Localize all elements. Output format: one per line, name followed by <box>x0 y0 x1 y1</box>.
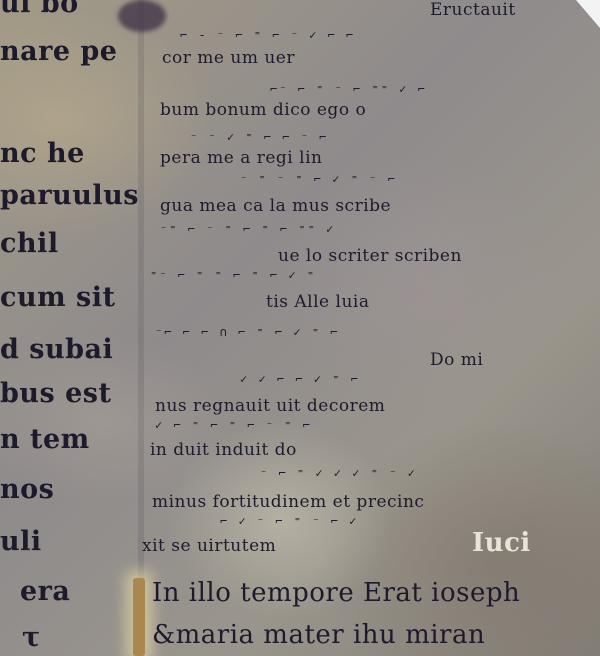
text-line: In illo tempore Erat ioseph <box>152 578 520 608</box>
neume-row: ⁻ ⁼ ⁻ ⁼ ⌐ ✓ ⁼ ⁻ ⌐ <box>240 172 397 186</box>
neume-row: ⁻ ⌐ ⁼ ✓ ✓ ✓ ⁼ ⁻ ✓ <box>260 466 417 480</box>
left-line: d subai <box>0 334 113 365</box>
neume-row: ⌐ ✓ ⁻ ⌐ ⁼ ⁻ ⌐ ✓ <box>220 514 358 528</box>
neume-row: ⁻ ⁻ ✓ ⁼ ⌐ ⌐ ⁻ ⌐ <box>190 130 328 144</box>
left-line: nc he <box>0 138 85 169</box>
left-line: uli <box>0 526 42 557</box>
text-line: pera me a regi lin <box>160 148 322 168</box>
neume-row: ✓ ⌐ ⁼ ⌐ ⁼ ⌐ ⁻ ⁼ ⌐ <box>155 418 312 432</box>
neume-row: ⌐⁻ ⌐ ⁼ ⁻ ⌐ ⁼⁼ ✓ ⌐ <box>270 82 427 96</box>
text-line: tis Alle luia <box>266 292 369 312</box>
text-line: ue lo scriter scriben <box>278 246 462 266</box>
text-line: Do mi <box>430 350 483 370</box>
text-line: minus fortitudinem et precinc <box>152 492 424 512</box>
left-line: paruulus <box>0 180 139 211</box>
neume-row: ⌐ ‑ ⁻ ⌐ ⁼ ⌐ ⁻ ✓ ⌐ ⌐ <box>180 28 355 42</box>
left-line: bus est <box>0 378 111 409</box>
neume-row: ⁻⁼ ⌐ ⁻ ⁼ ⌐ ⁼ ⌐ ⁼⁼ ✓ <box>160 222 335 236</box>
text-line: gua mea ca la mus scribe <box>160 196 391 216</box>
faded-initial: Iuci <box>472 528 531 558</box>
text-line: xit se uirtutem <box>142 536 276 556</box>
manuscript-photo: ui bo nare pe nc he paruulus chil cum si… <box>0 0 600 656</box>
text-line: bum bonum dico ego o <box>160 100 366 120</box>
binding-strip <box>133 578 145 656</box>
left-line: nare pe <box>0 36 118 67</box>
torn-corner <box>560 0 600 40</box>
left-line: τ <box>22 622 41 653</box>
text-line: nus regnauit uit decorem <box>155 396 385 416</box>
left-line: ui bo <box>0 0 79 19</box>
left-line: cum sit <box>0 282 115 313</box>
left-line: nos <box>0 474 54 505</box>
text-line: cor me um uer <box>162 48 295 68</box>
neume-row: ⁼⁻ ⌐ ⁼ ⁼ ⌐ ⁼ ⌐ ✓ ⁼ <box>150 268 316 282</box>
left-line: era <box>20 576 70 607</box>
neume-row: ✓ ✓ ⌐ ⌐ ✓ ⁼ ⌐ <box>240 372 360 386</box>
text-line: &maria mater ihu miran <box>152 620 485 650</box>
text-line: in duit induit do <box>150 440 297 460</box>
left-line: chil <box>0 228 59 259</box>
text-line: Eructauit <box>430 0 516 20</box>
neume-row: ⁻⌐ ⌐ ⌐ ∩ ⌐ ⁼ ⌐ ✓ ⁼ ⌐ <box>155 325 340 339</box>
left-line: n tem <box>0 424 90 455</box>
column-gutter <box>138 0 144 580</box>
